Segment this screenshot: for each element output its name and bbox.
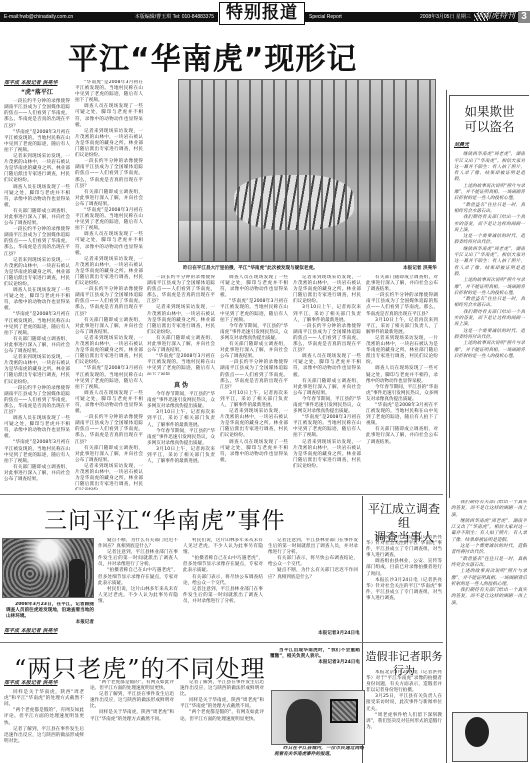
photo-person	[69, 559, 85, 597]
paragraph: 有关部门随即成立调查组，对此事进行深入了解，并向社会公布了调查结果。	[366, 427, 438, 445]
section-title: 特别报道	[219, 2, 305, 25]
quote-text: 当平江出现华南虎时，“我们不会重蹈覆辙”，相关负责人表示。	[270, 648, 360, 660]
sidebar-divider	[446, 90, 447, 763]
tiger-photo-caption: 昨日在平江县大厅里拍摄，平江“华南虎”此次被发现与疑似老虎。	[183, 265, 318, 271]
paragraph: 调查人员在现场发现了一些可疑之处，脚印与老虎并不相符，录像中的动物动作也显得呆板…	[293, 354, 361, 378]
paragraph: 上述的故事再次说明“照片与录像”，并不能证明真相。一场闹剧背后折射的是一些人的投…	[454, 184, 525, 203]
paragraph: 本报北京3月24日电（记者洪亮华）对于“平江华南虎”录像的拍摄者身份问题，有关方…	[366, 670, 442, 694]
paragraph: “两个老虎都是假的”，有网友如此评论。但平江方面的处理速度明显更快。	[180, 710, 264, 722]
paragraph: 记者来到现场采访发现，一片茂密的山林中，一块岩石被认为是华南虎的藏身之所。林业部…	[147, 305, 215, 335]
sidebar-title-line-2: 可以盗名	[454, 119, 525, 134]
paragraph: “华南虎”是2008年3月初在平江被发现的。当地村民称在山中见到了老虎的踪迹，随…	[4, 312, 70, 336]
paragraph: 有关部门随即成立调查组，对此事进行深入了解，并向社会公布了调查结果。	[75, 190, 143, 208]
paragraph: 记者注意到，平江县林业部门在事件发生后的第一时间就派出了调查人员，并对录像进行了…	[98, 550, 178, 568]
paragraph: 今年春节期间，平江县的“华南虎”事件迅速引发网民热议，众多网友对录像真伪提出质疑…	[293, 397, 361, 415]
paragraph: 本报长沙3月24日电（记者洪亮华）针对社会关注的平江“华南虎”事件，平江县成立了…	[366, 578, 442, 602]
paragraph: 记者来到现场采访发现，一片茂密的山林中，一块岩石被认为是华南虎的藏身之所。林业部…	[293, 440, 361, 470]
header-bar-left: E-mail:hwb@chinadaily.com.cn 本版编辑/曹玉琪 Te…	[0, 12, 218, 22]
sidebar-title: 如果欺世 可以盗名	[454, 104, 525, 134]
main-subhead-2: 真 伪	[147, 383, 215, 389]
paragraph: 村民们说，这片山林多年来从未有人见过老虎。不少人认为此事另有隐情。	[98, 587, 178, 605]
paragraph: 继陕西华南虎“周老虎”，湖南平江又出了“华南虎”。相信大家对这一幕并不陌生：有人…	[454, 247, 525, 278]
header-email: E-mail:hwb@chinadaily.com.cn	[4, 14, 73, 20]
paragraph: 同样是关于华南虎，陕西“周老虎”和平江“华南虎”的处理方式截然不同。	[180, 698, 264, 710]
story2-column-3: 记者注意到，平江县林业部门在事件发生后的第一时间就派出了调查人员，并对录像进行了…	[268, 538, 358, 628]
paragraph: 记者注意到，平江县林业部门在事件发生后的第一时间就派出了调查人员，并对录像进行了…	[268, 538, 358, 556]
paragraph: 一段长约半分钟的录像使得湖南平江县成为了全国媒体追踪的焦点——人们看到了华南虎。…	[75, 159, 143, 189]
paragraph: 上述的故事再次说明“照片与录像”，并不能证明真相。一场闹剧背后折射的是一些人的投…	[454, 341, 525, 360]
paragraph: “华南虎”是2008年3月初在平江被发现的。当地村民称在山中见到了老虎的踪迹，随…	[4, 130, 70, 154]
main-story-column-4: 调查人员在现场发现了一些可疑之处，脚印与老虎并不相符，录像中的动物动作也显得呆板…	[220, 275, 288, 490]
paragraph: “两个老虎都是假的”，有网友如此评论。但平江方面的处理速度明显更快。	[4, 708, 84, 726]
paragraph: 记者了解到，平江县在事件发生后迅速作出反应，这与陕西的做法形成鲜明对比。	[180, 680, 264, 698]
paragraph: 调查人员在现场发现了一些可疑之处，脚印与老虎并不相符，录像中的动物动作也显得呆板…	[75, 391, 143, 415]
paragraph: 记者来到现场采访发现，一片茂密的山林中，一块岩石被认为是华南虎的藏身之所。林业部…	[220, 409, 288, 439]
paragraph: 记者来到现场采访发现，一片茂密的山林中，一块岩石被认为是华南虎的藏身之所。林业部…	[4, 154, 70, 184]
paragraph: 调查人员在现场发现了一些可疑之处，脚印与老虎并不相符，录像中的动物动作也显得呆板…	[4, 416, 70, 440]
paragraph: 本报长沙3月24日电（记者洪亮华）针对社会关注的平江“华南虎”事件，平江县成立了…	[366, 535, 442, 559]
paragraph: 3月10日上午，记者再次来到平江，采访了相关部门负责人，了解事件的最新进展。	[293, 305, 361, 323]
sidebar-body: 刘晨光 继陕西华南虎“周老虎”，湖南平江又出了“华南虎”。相信大家对这一幕并不陌…	[454, 142, 525, 360]
paragraph: 今年春节期间，平江县的“华南虎”事件迅速引发网民热议，众多网友对录像真伪提出质疑…	[366, 385, 438, 403]
sidebar-title-line-1: 如果欺世	[454, 104, 525, 119]
paragraph: 有关部门随即成立调查组，对此事进行深入了解，并向社会公布了调查结果。	[75, 446, 143, 464]
section-divider-1	[0, 494, 443, 495]
paragraph: 调查人员在现场发现了一些可疑之处，脚印与老虎并不相符，录像中的动物动作也显得呆板…	[220, 440, 288, 464]
paragraph: 这是一个需要诚信的时代，造假者终将付出代价。	[454, 234, 525, 247]
paragraph: “华南虎”是2008年3月初在平江被发现的。当地村民称在山中见到了老虎的踪迹，随…	[75, 208, 143, 232]
portrait-head	[465, 717, 489, 747]
main-story-column-3a: 一段长约半分钟的录像使得湖南平江县成为了全国媒体追踪的焦点——人们看到了华南虎。…	[147, 275, 215, 375]
paragraph: 调查人员在现场发现了一些可疑之处，脚印与老虎并不相符，录像中的动物动作也显得呆板…	[220, 275, 288, 299]
paragraph: 这是一个需要诚信的时代，造假者终将付出代价。	[454, 329, 525, 342]
paragraph: 今年春节期间，平江县的“华南虎”事件迅速引发网民热议，众多网友对录像真伪提出质疑…	[147, 392, 215, 410]
paragraph: 调查人员在现场发现了一些可疑之处，脚印与老虎并不相符，录像中的动物动作也显得呆板…	[75, 104, 143, 128]
paragraph: 有关部门随即成立调查组，对此事进行深入了解，并向社会公布了调查结果。	[4, 337, 70, 355]
paragraph: 同样是关于华南虎，陕西“周老虎”和平江“华南虎”的处理方式截然不同。	[4, 690, 84, 708]
paragraph: “华南虎”是2008年3月初在平江被发现的。当地村民称在山中见到了老虎的踪迹，随…	[4, 440, 70, 464]
paragraph: 上述的故事再次说明“照片与录像”，并不能证明真相。一场闹剧背后折射的是一些人的投…	[454, 278, 525, 297]
columnist-portrait-photo	[452, 712, 528, 762]
paragraph: “欺世盗名”往往只是一时，真相终究会水落石出。	[454, 203, 525, 216]
section-divider-2	[0, 642, 443, 643]
header-date: 2008年3月05日 星期三	[420, 12, 471, 22]
paragraph: 3月25日，平江县有关负责人在接受采访时说，此次事件与新闻单位无关。	[366, 694, 442, 712]
commentary-sidebar: 如果欺世 可以盗名 刘晨光 继陕西华南虎“周老虎”，湖南平江又出了“华南虎”。相…	[449, 95, 529, 498]
paragraph: 上述的故事再次说明“照片与录像”，并不能证明真相。一场闹剧背后折射的是一些人的投…	[451, 569, 527, 588]
story2-byline-box: 郑平成 本报记者 洪亮华	[4, 628, 94, 638]
paragraph: 记者来到现场采访发现，一片茂密的山林中，一块岩石被认为是华南虎的藏身之所。林业部…	[75, 336, 143, 366]
story4-byline: 郑平成 本报记者 洪亮华	[4, 680, 84, 686]
story4-column-2: “两个老虎都是假的”，有网友如此评论。但平江方面的处理速度明显更快。 记者了解到…	[90, 680, 174, 763]
forest-path-photo	[2, 538, 94, 598]
story4-column-1: 郑平成 本报记者 洪亮华 同样是关于华南虎，陕西“周老虎”和平江“华南虎”的处理…	[4, 680, 84, 763]
paragraph: 有关部门随即成立调查组，对此事进行深入了解，并向社会公布了调查结果。	[4, 209, 70, 227]
page-number: 3	[518, 11, 530, 23]
paragraph: “华南虎”是2008年3月初在平江被发现的。当地村民称在山中见到了老虎的踪迹，随…	[75, 80, 143, 104]
paragraph: “欺世盗名”往往只是一时，真相终究会水落石出。	[454, 297, 525, 310]
paragraph: 我们期待有关部门给出一个真实的答复，而不是让这样的闹剧一再上演。	[454, 215, 525, 234]
paragraph: 疑点不断，为什么有关部门迟迟不作回应？真相到底是什么？	[98, 538, 178, 550]
main-story-column-2: “华南虎”是2008年3月初在平江被发现的。当地村民称在山中见到了老虎的踪迹，随…	[75, 80, 143, 490]
paragraph: “欺世盗名”往往只是一时，真相终究会水落石出。	[451, 557, 527, 570]
paragraph: 这是一个需要诚信的时代，造假者终将付出代价。	[451, 544, 527, 557]
paragraph: 一段长约半分钟的录像使得湖南平江县成为了全国媒体追踪的焦点——人们看到了华南虎。…	[75, 287, 143, 317]
paragraph: 记者了解到，平江县在事件发生后迅速作出反应，这与陕西的做法形成鲜明对比。	[4, 727, 84, 745]
paragraph: “华南虎”是2008年3月初在平江被发现的。当地村民称在山中见到了老虎的踪迹，随…	[220, 299, 288, 323]
paragraph: 今年春节期间，平江县的“华南虎”事件迅速引发网民热议，众多网友对录像真伪提出质疑…	[220, 324, 288, 342]
story4-quote: 当平江出现华南虎时，“我们不会重蹈覆辙”，相关负责人表示。 本报记者3月24日电	[270, 648, 360, 678]
paragraph: “拍摄者称自己在山中巧遇老虎”，但多处细节显示录像存在疑点，专家对此表示质疑。	[183, 556, 263, 574]
computer-user-photo	[271, 690, 365, 745]
paragraph: 调查人员在现场发现了一些可疑之处，脚印与老虎并不相符，录像中的动物动作也显得呆板…	[4, 288, 70, 312]
tiger-photo-credit: 本报记者 洪亮华	[403, 265, 437, 271]
paragraph: 今年春节期间，平江县的“华南虎”事件迅速引发网民热议，众多网友对录像真伪提出质疑…	[147, 429, 215, 447]
story2-credit: 本报记者3月24日电	[318, 630, 360, 636]
story3-headline-line-1: 平江成立调查组	[364, 502, 444, 530]
main-headline: 平江“华南虎”现形记	[68, 34, 357, 78]
paragraph: 调查组由县林业、公安、宣传等部门组成，目前已对录像拍摄者进行了询问。	[366, 559, 442, 577]
paragraph: 我们期待有关部门给出一个真实的答复，而不是让这样的闹剧一再上演。	[454, 310, 525, 329]
story2-column-1: 疑点不断，为什么有关部门迟迟不作回应？真相到底是什么？ 记者注意到，平江县林业部…	[98, 538, 178, 638]
paragraph: 记者注意到，平江县林业部门在事件发生后的第一时间就派出了调查人员，并对录像进行了…	[183, 587, 263, 605]
tiger-cage-photo	[178, 79, 436, 262]
paragraph: 记者来到现场采访发现，一片茂密的山林中，一块岩石被认为是华南虎的藏身之所。林业部…	[4, 355, 70, 385]
paragraph: 调查人员在现场发现了一些可疑之处，脚印与老虎并不相符，录像中的动物动作也显得呆板…	[4, 185, 70, 209]
story3-body: 本报长沙3月24日电（记者洪亮华）针对社会关注的平江“华南虎”事件，平江县成立了…	[366, 535, 442, 638]
story5-body: 本报北京3月24日电（记者洪亮华）对于“平江华南虎”录像的拍摄者身份问题，有关方…	[366, 670, 442, 763]
paragraph: 记者来到现场采访发现，一片茂密的山林中，一块岩石被认为是华南虎的藏身之所。林业部…	[293, 275, 361, 305]
paragraph: 调查人员在现场发现了一些可疑之处，脚印与老虎并不相符，录像中的动物动作也显得呆板…	[366, 366, 438, 384]
paragraph: 有关部门表示，将尽快公布调查结论，给公众一个交代。	[268, 556, 358, 568]
computer-photo-caption: 昨日在平江县城内，一位市民通过网络观看有关华南虎事件的报道。	[274, 746, 364, 763]
photo-monitor	[330, 699, 358, 723]
paragraph: 一段长约半分钟的录像使得湖南平江县成为了全国媒体追踪的焦点——人们看到了华南虎。…	[75, 415, 143, 445]
paragraph: 记者来到现场采访发现，一片茂密的山林中，一块岩石被认为是华南虎的藏身之所。林业部…	[75, 257, 143, 287]
cage-bars	[179, 80, 435, 261]
paragraph: 有关部门随即成立调查组，对此事进行深入了解，并向社会公布了调查结果。	[4, 465, 70, 483]
story2-column-2: 村民们说，这片山林多年来从未有人见过老虎。不少人认为此事另有隐情。 “拍摄者称自…	[183, 538, 263, 638]
paragraph: “拍摄者称自己在山中巧遇老虎”，但多处细节显示录像存在疑点，专家对此表示质疑。	[98, 568, 178, 586]
paragraph: 我们期待有关部门给出一个真实的答复，而不是让这样的闹剧一再上演。	[451, 588, 527, 607]
main-byline: 郑平成 本报记者 洪亮华	[4, 80, 70, 86]
paragraph: 疑点不断，为什么有关部门迟迟不作回应？真相到底是什么？	[268, 568, 358, 580]
paragraph: 一段长约半分钟的录像使得湖南平江县成为了全国媒体追踪的焦点——人们看到了华南虎。…	[147, 275, 215, 305]
story2-byline: 郑平成 本报记者 洪亮华	[4, 628, 94, 634]
sidebar-byline: 刘晨光	[454, 142, 525, 148]
paragraph: 有关部门随即成立调查组，对此事进行深入了解，并向社会公布了调查结果。	[75, 318, 143, 336]
paragraph: 3月10日上午，记者再次来到平江，采访了相关部门负责人，了解事件的最新进展。	[220, 391, 288, 409]
paragraph: 有关部门表示，将尽快公布调查结论，给公众一个交代。	[183, 575, 263, 587]
paragraph: 继陕西华南虎“周老虎”，湖南平江又出了“华南虎”。相信大家对这一幕并不陌生：有人…	[454, 152, 525, 183]
section-english: Special Report	[309, 14, 342, 20]
paragraph: 同样是关于华南虎，陕西“周老虎”和平江“华南虎”的处理方式截然不同。	[90, 710, 174, 722]
main-story-column-6: 有关部门随即成立调查组，对此事进行深入了解，并向社会公布了调查结果。 一段长约半…	[366, 275, 438, 490]
paragraph: 一段长约半分钟的录像使得湖南平江县成为了全国媒体追踪的焦点——人们看到了华南虎。…	[4, 99, 70, 129]
paragraph: “华南虎”是2008年3月初在平江被发现的。当地村民称在山中见到了老虎的踪迹，随…	[75, 366, 143, 390]
caption-text: 2008年3月23日，在平江，记者跟随调查人员前往虎迹发现地，沿途查看当地的山林…	[6, 602, 94, 620]
paragraph: “华南虎”是2008年3月初在平江被发现的。当地村民称在山中见到了老虎的踪迹，随…	[293, 415, 361, 439]
paragraph: 有关部门随即成立调查组，对此事进行深入了解，并向社会公布了调查结果。	[147, 336, 215, 354]
story4-headline: “两只老虎”的不同处理	[14, 649, 266, 684]
brand-logo: 华南虎特刊	[475, 10, 515, 22]
main-subhead-1: “虎”落平江	[4, 90, 70, 96]
paragraph: 一段长约半分钟的录像使得湖南平江县成为了全国媒体追踪的焦点——人们看到了华南虎。…	[293, 324, 361, 354]
paragraph: 继陕西华南虎“周老虎”，湖南平江又出了“华南虎”。相信大家对这一幕并不陌生：有人…	[451, 519, 527, 544]
paragraph: 一段长约半分钟的录像使得湖南平江县成为了全国媒体追踪的焦点——人们看到了华南虎。…	[220, 360, 288, 390]
paragraph: 有关部门随即成立调查组，对此事进行深入了解，并向社会公布了调查结果。	[366, 275, 438, 293]
paragraph: “周老虎事件给人们留下深刻教训”，我们坚决反对任何形式的造假行为。	[366, 713, 442, 731]
paragraph: “华南虎”是2008年3月初在平江被发现的。当地村民称在山中见到了老虎的踪迹，随…	[147, 354, 215, 375]
photo-man	[286, 699, 322, 743]
main-story-column-1: 郑平成 本报记者 洪亮华 “虎”落平江 一段长约半分钟的录像使得湖南平江县成为了…	[4, 80, 70, 490]
paragraph: 有关部门随即成立调查组，对此事进行深入了解，并向社会公布了调查结果。	[293, 379, 361, 397]
story2-headline: 三问平江“华南虎”事件	[44, 502, 286, 535]
forest-photo-caption: 2008年3月23日，在平江，记者跟随调查人员前往虎迹发现地，沿途查看当地的山林…	[6, 602, 94, 626]
sidebar-continued: 我们期待有关部门给出一个真实的答复，而不是让这样的闹剧一再上演。 继陕西华南虎“…	[451, 500, 527, 710]
paragraph: 一段长约半分钟的录像使得湖南平江县成为了全国媒体追踪的焦点——人们看到了华南虎。…	[366, 293, 438, 317]
paragraph: 一段长约半分钟的录像使得湖南平江县成为了全国媒体追踪的焦点——人们看到了华南虎。…	[4, 386, 70, 416]
paragraph: “华南虎”是2008年3月初在平江被发现的。当地村民称在山中见到了老虎的踪迹，随…	[366, 403, 438, 427]
paragraph: 记者来到现场采访发现，一片茂密的山林中，一块岩石被认为是华南虎的藏身之所。林业部…	[75, 464, 143, 490]
paragraph: 村民们说，这片山林多年来从未有人见过老虎。不少人认为此事另有隐情。	[183, 538, 263, 556]
paragraph: 记者来到现场采访发现，一片茂密的山林中，一块岩石被认为是华南虎的藏身之所。林业部…	[75, 129, 143, 159]
main-story-column-5: 记者来到现场采访发现，一片茂密的山林中，一块岩石被认为是华南虎的藏身之所。林业部…	[293, 275, 361, 490]
main-story-column-3b: 真 伪 今年春节期间，平江县的“华南虎”事件迅速引发网民热议，众多网友对录像真伪…	[147, 380, 215, 490]
paragraph: 3月10日上午，记者再次来到平江，采访了相关部门负责人，了解事件的最新进展。	[147, 410, 215, 428]
caption-text: 昨日在平江县城内，一位市民通过网络观看有关华南虎事件的报道。	[274, 746, 364, 758]
paragraph: 我们期待有关部门给出一个真实的答复，而不是让这样的闹剧一再上演。	[451, 500, 527, 519]
header-editor: 本版编辑/曹玉琪 Tel: 010-84883375	[135, 12, 214, 22]
page-header: E-mail:hwb@chinadaily.com.cn 本版编辑/曹玉琪 Te…	[0, 0, 530, 26]
paragraph: “两个老虎都是假的”，有网友如此评论。但平江方面的处理速度明显更快。	[90, 680, 174, 692]
caption-credit: 本报记者	[6, 620, 94, 626]
paragraph: 记者了解到，平江县在事件发生后迅速作出反应，这与陕西的做法形成鲜明对比。	[90, 692, 174, 710]
paragraph: 记者来到现场采访发现，一片茂密的山林中，一块岩石被认为是华南虎的藏身之所。林业部…	[4, 258, 70, 288]
paragraph: 调查人员在现场发现了一些可疑之处，脚印与老虎并不相符，录像中的动物动作也显得呆板…	[75, 232, 143, 256]
story4-column-3: 记者了解到，平江县在事件发生后迅速作出反应，这与陕西的做法形成鲜明对比。 同样是…	[180, 680, 264, 763]
paragraph: 3月10日上午，记者再次来到平江，采访了相关部门负责人，了解事件的最新进展。	[366, 318, 438, 336]
paragraph: 一段长约半分钟的录像使得湖南平江县成为了全国媒体追踪的焦点——人们看到了华南虎。…	[4, 227, 70, 257]
quote-credit: 本报记者3月24日电	[270, 660, 360, 666]
paragraph: 3月10日上午，记者再次来到平江，采访了相关部门负责人，了解事件的最新进展。	[147, 447, 215, 465]
paragraph: 记者来到现场采访发现，一片茂密的山林中，一块岩石被认为是华南虎的藏身之所。林业部…	[366, 336, 438, 366]
paragraph: 有关部门随即成立调查组，对此事进行深入了解，并向社会公布了调查结果。	[220, 342, 288, 360]
